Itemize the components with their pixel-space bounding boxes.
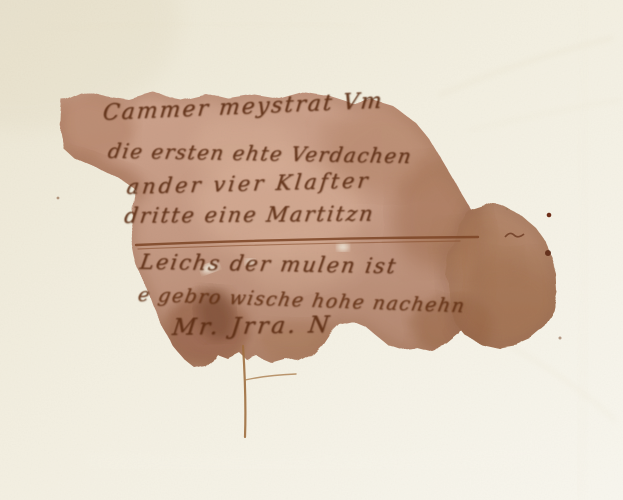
handwritten-line-1: Cammer meystrat Vm <box>102 89 385 126</box>
handwritten-line-4: dritte eine Martitzn <box>123 202 376 228</box>
handwritten-line-3: ander vier Klafter <box>125 169 372 199</box>
handwritten-line-7: Mr. Jrra. N <box>171 312 333 341</box>
handwritten-line-2: die ersten ehte Verdachen <box>106 139 414 168</box>
manuscript-photo: Cammer meystrat Vm die ersten ehte Verda… <box>0 0 623 500</box>
handwriting-layer: Cammer meystrat Vm die ersten ehte Verda… <box>0 0 623 500</box>
handwritten-line-5: Leichs der mulen ist <box>138 250 399 278</box>
